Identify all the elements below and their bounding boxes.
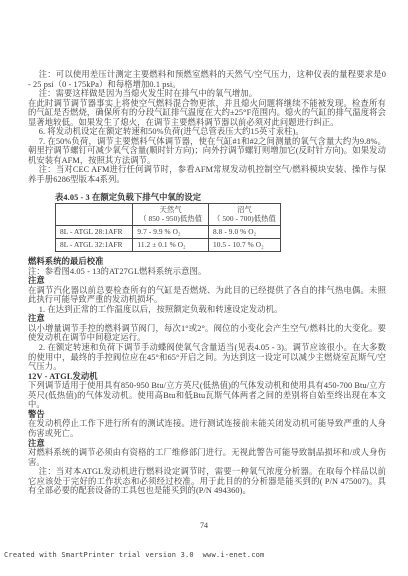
para-notice-service: 对燃料系统的调节必须由有资格的工厂维修部门进行。无视此警告可能导致制品损坏和/或…: [28, 448, 386, 467]
para-notice-valve: 以小增量调节手控的燃料调节阀门，每次1°或2°。阀位的小变化会产生空气/燃料比的…: [28, 324, 386, 343]
table-row: 8L - ATGL 32:1AFR 11.2 ± 0.1 % O₂ 10.5 -…: [56, 239, 281, 252]
para-regulator-adjust: 在此时调节调节器事实上将使空气燃料混合物更浓，并且熄火问题将继续不能被发现。检查…: [28, 99, 386, 128]
para-note-oxygen: 注：需要这样做是因为当熄火发生时在排气中的氧气增加。: [28, 89, 386, 99]
header-biogas-name: 沼气: [237, 205, 252, 214]
notice-label: 注意: [28, 439, 386, 449]
document-body: 注：可以使用差压计测定主要燃料和预燃室燃料的天然气/空气压力，这种仪表的量程要求…: [28, 70, 386, 496]
document-page: 注：可以使用差压计测定主要燃料和预燃室燃料的天然气/空气压力，这种仪表的量程要求…: [0, 0, 408, 576]
heading-12v-atgl: 12V - ATGL发动机: [28, 372, 386, 382]
cell-model: 8L - ATGL 32:1AFR: [56, 239, 133, 252]
cell-model: 8L - ATGL 28:1AFR: [56, 226, 133, 239]
step-6: 6. 将发动机设定在额定转速和50%负荷(进气总管表压大约15英寸汞柱)。: [28, 127, 386, 137]
cell-biogas: 8.8 - 9.0 % O₂: [209, 226, 281, 239]
para-note-figure: 注：参看图4.05 - 13的AT27GL燃料系统示意图。: [28, 267, 386, 277]
step-2: 2. 在额定转速和负荷下调节手动蝶阀使氧气含量适当(见表4.05 - 3)。调节…: [28, 343, 386, 372]
page-number: 74: [0, 521, 408, 530]
notice-label: 注意: [28, 314, 386, 324]
para-note-pressure: 注：可以使用差压计测定主要燃料和预燃室燃料的天然气/空气压力，这种仪表的量程要求…: [28, 70, 386, 89]
cell-natural-gas: 9.7 - 9.9 % O₂: [133, 226, 209, 239]
cell-biogas: 10.5 - 10.7 % O₂: [209, 239, 281, 252]
footer-credit: Created with SmartPrinter trial version …: [4, 551, 264, 559]
para-12v-intro: 下列调节适用于使用具有850-950 Btu/立方英尺(低热值)的气体发动机和使…: [28, 381, 386, 410]
header-natural-gas-range: （ 850 - 950)低热值: [139, 214, 202, 223]
oxygen-settings-table: 天然气 （ 850 - 950)低热值 沼气 （ 500 - 700)低热值 8…: [55, 203, 281, 252]
para-note-cec-afm: 注：当对CEC AFM进行任何调节时，参看AFM常规发动机控制空气/燃料模块安装…: [28, 165, 386, 184]
header-biogas-range: （ 500 - 700)低热值: [213, 214, 276, 223]
step-1: 1. 在达到正常的工作温度以后，按照额定负载和转速设定发动机。: [28, 305, 386, 315]
heading-fuel-calibration: 燃料系统的最后校准: [28, 257, 386, 267]
warning-label: 警告: [28, 410, 386, 420]
header-biogas: 沼气 （ 500 - 700)低热值: [209, 204, 281, 226]
step-7: 7. 在50%负荷，调节主要燃料气体调节器，使在气缸#1和#2之间测量的氧气含量…: [28, 137, 386, 166]
table-title: 表4.05 - 3 在额定负载下排气中氧的设定: [55, 193, 386, 203]
para-note-analyzer: 注：当对本ATGL发动机进行燃料设定调节时，需要一种氧气浓度分析器。在取每个样品…: [28, 467, 386, 496]
table-row: 8L - ATGL 28:1AFR 9.7 - 9.9 % O₂ 8.8 - 9…: [56, 226, 281, 239]
cell-natural-gas: 11.2 ± 0.1 % O₂: [133, 239, 209, 252]
notice-label: 注意: [28, 276, 386, 286]
header-natural-gas: 天然气 （ 850 - 950)低热值: [133, 204, 209, 226]
para-notice-carburetor: 在调节汽化器以前总要检查所有的气缸是否燃烧、为此目的已经提供了各自的排气热电偶。…: [28, 286, 386, 305]
header-natural-gas-name: 天然气: [160, 205, 182, 214]
table-header-row: 天然气 （ 850 - 950)低热值 沼气 （ 500 - 700)低热值: [56, 204, 281, 226]
para-warning-test-connections: 在发动机停止工作下进行所有的测试连接。进行测试连接前未能关闭发动机可能导致严重的…: [28, 419, 386, 438]
header-blank: [56, 204, 133, 226]
